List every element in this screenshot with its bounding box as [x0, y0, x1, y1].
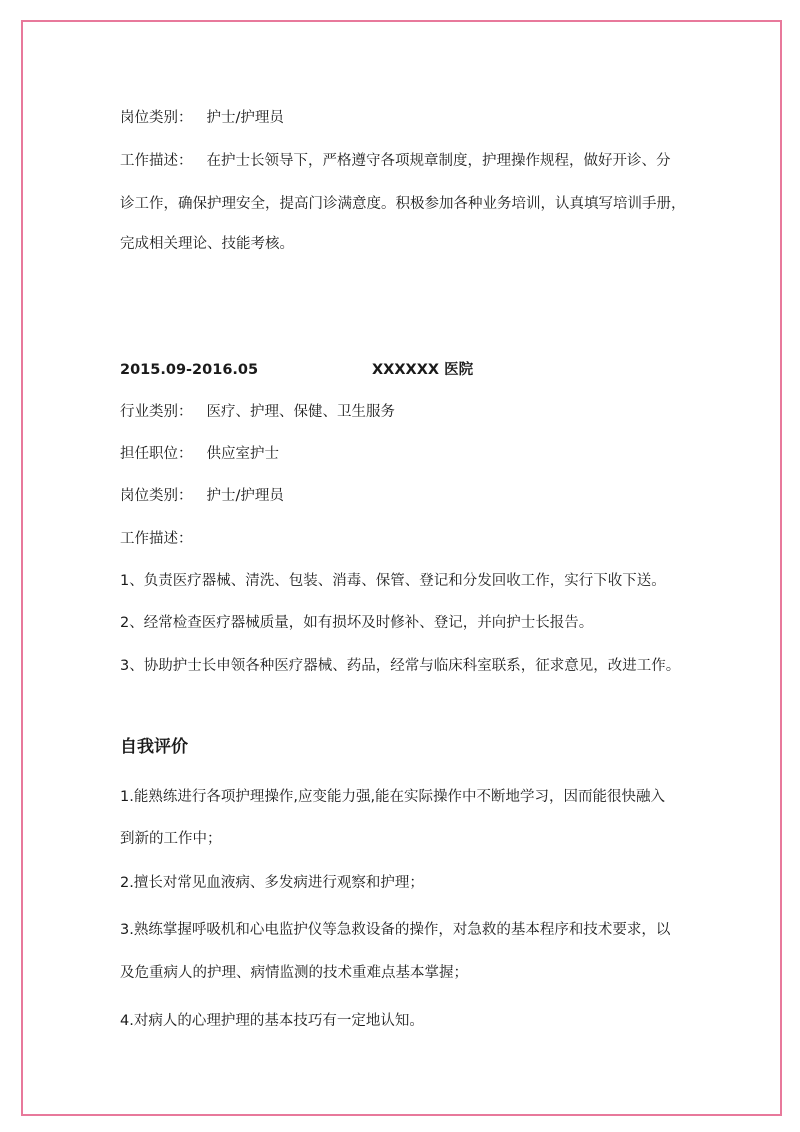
field-value: 护士/护理员: [207, 110, 284, 126]
description-label: 工作描述：: [120, 529, 193, 549]
evaluation-line: 及危重病人的护理、病情监测的技术重难点基本掌握；: [120, 963, 468, 983]
prev-description-row: 工作描述：在护士长领导下，严格遵守各项规章制度，护理操作规程，做好开诊、分: [120, 151, 671, 171]
evaluation-line: 3.熟练掌握呼吸机和心电监护仪等急救设备的操作，对急救的基本程序和技术要求，以: [120, 920, 670, 940]
evaluation-line: 1.能熟练进行各项护理操作,应变能力强,能在实际操作中不断地学习，因而能很快融入: [120, 787, 665, 807]
duty-item: 3、协助护士长申领各种医疗器械、药品，经常与临床科室联系，征求意见，改进工作。: [120, 656, 680, 676]
job-period: 2015.09-2016.05: [120, 362, 258, 378]
field-label: 工作描述：: [120, 151, 193, 171]
job-header: 2015.09-2016.05: [120, 360, 258, 380]
field-value: 医疗、护理、保健、卫生服务: [207, 404, 396, 420]
field-value: 供应室护士: [207, 446, 280, 462]
evaluation-line: 到新的工作中；: [120, 829, 222, 849]
description-line: 诊工作，确保护理安全，提高门诊满意度。积极参加各种业务培训，认真填写培训手册，: [120, 194, 686, 214]
title-row: 担任职位：供应室护士: [120, 444, 279, 464]
position-type-row: 岗位类别：护士/护理员: [120, 486, 284, 506]
evaluation-line: 4.对病人的心理护理的基本技巧有一定地认知。: [120, 1011, 424, 1031]
field-label: 岗位类别：: [120, 108, 193, 128]
duty-item: 2、经常检查医疗器械质量，如有损坏及时修补、登记，并向护士长报告。: [120, 613, 593, 633]
field-value: 护士/护理员: [207, 488, 284, 504]
industry-row: 行业类别：医疗、护理、保健、卫生服务: [120, 402, 395, 422]
prev-position-type-row: 岗位类别：护士/护理员: [120, 108, 284, 128]
section-heading: 自我评价: [120, 737, 188, 757]
job-organization: XXXXXX 医院: [372, 360, 473, 380]
field-label: 担任职位：: [120, 444, 193, 464]
description-line: 完成相关理论、技能考核。: [120, 234, 294, 254]
evaluation-line: 2.擅长对常见血液病、多发病进行观察和护理；: [120, 873, 424, 893]
page-border: [21, 20, 782, 1116]
duty-item: 1、负责医疗器械、清洗、包装、消毒、保管、登记和分发回收工作，实行下收下送。: [120, 571, 666, 591]
description-line: 在护士长领导下，严格遵守各项规章制度，护理操作规程，做好开诊、分: [207, 153, 671, 169]
field-label: 岗位类别：: [120, 486, 193, 506]
field-label: 行业类别：: [120, 402, 193, 422]
